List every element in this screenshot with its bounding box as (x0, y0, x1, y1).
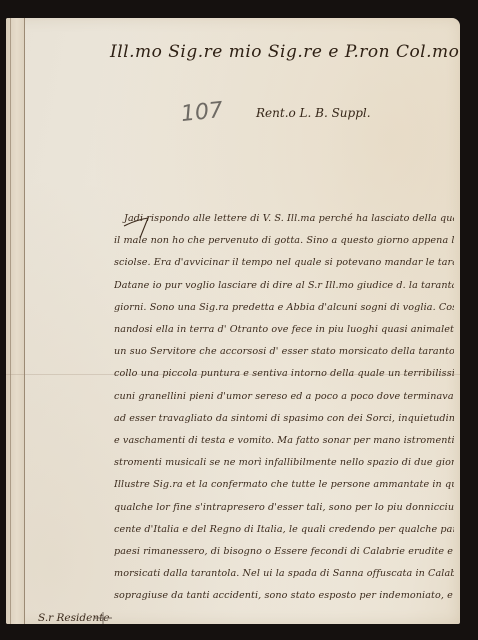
binding-gutter (6, 18, 25, 624)
letter-body: Jadi rispondo alle lettere di V. S. Ill.… (114, 208, 454, 608)
body-line: Illustre Sig.ra et la confermato che tut… (114, 474, 454, 496)
body-line: cuni granellini pieni d'umor sereso ed a… (114, 386, 454, 408)
archival-annotation: Rent.o L. B. Suppl. (256, 106, 371, 120)
scan-background: Ill.mo Sig.re mio Sig.re e P.ron Col.mo … (0, 0, 478, 640)
salutation: Ill.mo Sig.re mio Sig.re e P.ron Col.mo (110, 42, 459, 62)
body-line: collo una piccola puntura e sentiva into… (114, 363, 454, 385)
body-line: cente d'Italia e del Regno di Italia, le… (114, 519, 454, 541)
body-line: sopragiuse da tanti accidenti, sono stat… (114, 585, 454, 607)
body-line: e vaschamenti di testa e vomito. Ma fatt… (114, 430, 454, 452)
body-line: morsicati dalla tarantola. Nel ui la spa… (114, 563, 454, 585)
body-line: il male non ho che pervenuto di gotta. S… (114, 230, 454, 252)
gutter-line (10, 18, 11, 624)
manuscript-page: Ill.mo Sig.re mio Sig.re e P.ron Col.mo … (6, 18, 460, 624)
folio-number: 107 (180, 98, 224, 127)
body-line: giorni. Sono una Sig.ra predetta e Abbia… (114, 297, 454, 319)
body-line: sciolse. Era d'avvicinar il tempo nel qu… (114, 252, 454, 274)
body-line: paesi rimanessero, di bisogno o Essere f… (114, 541, 454, 563)
body-line: Datane io pur voglio lasciare di dire al… (114, 275, 454, 297)
body-line: Jadi rispondo alle lettere di V. S. Ill.… (114, 208, 454, 230)
body-line: nandosi ella in terra d' Otranto ove fec… (114, 319, 454, 341)
body-line: ad esser travagliato da sintomi di spasi… (114, 408, 454, 430)
body-line: qualche lor fine s'intrapresero d'esser … (114, 497, 454, 519)
cross-mark-icon (94, 612, 112, 624)
body-line: stromenti musicali se ne morì infallibil… (114, 452, 454, 474)
body-line: un suo Servitore che accorsosi d' esser … (114, 341, 454, 363)
